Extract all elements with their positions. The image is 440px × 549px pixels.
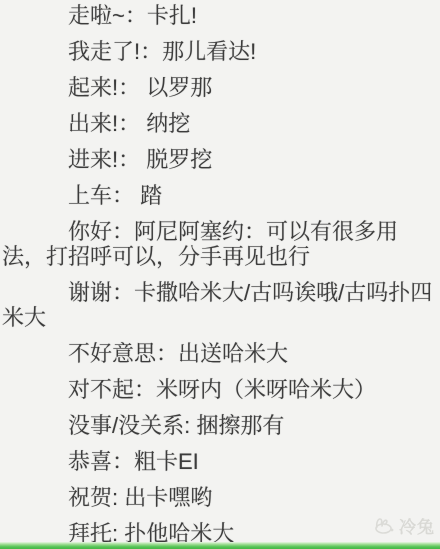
phrase-item: 我走了!：那儿看达!: [2, 39, 438, 64]
watermark-label: 冷兔: [399, 513, 435, 538]
phrase-item: 不好意思：出送哈米大: [2, 341, 438, 366]
phrase-item: 上车： 踏: [2, 183, 438, 208]
phrase-list: 走啦~：卡扎!我走了!：那儿看达!起来!： 以罗那出来!： 纳挖进来!： 脱罗挖…: [0, 0, 440, 546]
phrase-item: 进来!： 脱罗挖: [2, 147, 438, 172]
phrase-item: 你好：阿尼阿塞约：可以有很多用法，打招呼可以，分手再见也行: [2, 219, 438, 269]
phrase-item: 祝贺: 出卡嘿哟: [2, 485, 438, 510]
phrase-item: 没事/没关系: 捆擦那有: [2, 413, 438, 438]
rabbit-icon: [373, 517, 395, 534]
phrase-item: 走啦~：卡扎!: [2, 3, 438, 28]
phrase-item: 起来!： 以罗那: [2, 75, 438, 100]
watermark: 冷兔: [373, 513, 435, 538]
phrase-item: 恭喜：粗卡EI: [2, 449, 438, 474]
phrase-item: 对不起：米呀内（米呀哈米大）: [2, 377, 438, 402]
bottom-accent-bar: [0, 542, 440, 549]
phrase-item: 谢谢：卡撒哈米大/古吗诶哦/古吗扑四米大: [2, 280, 438, 330]
phrase-item: 出来!： 纳挖: [2, 111, 438, 136]
